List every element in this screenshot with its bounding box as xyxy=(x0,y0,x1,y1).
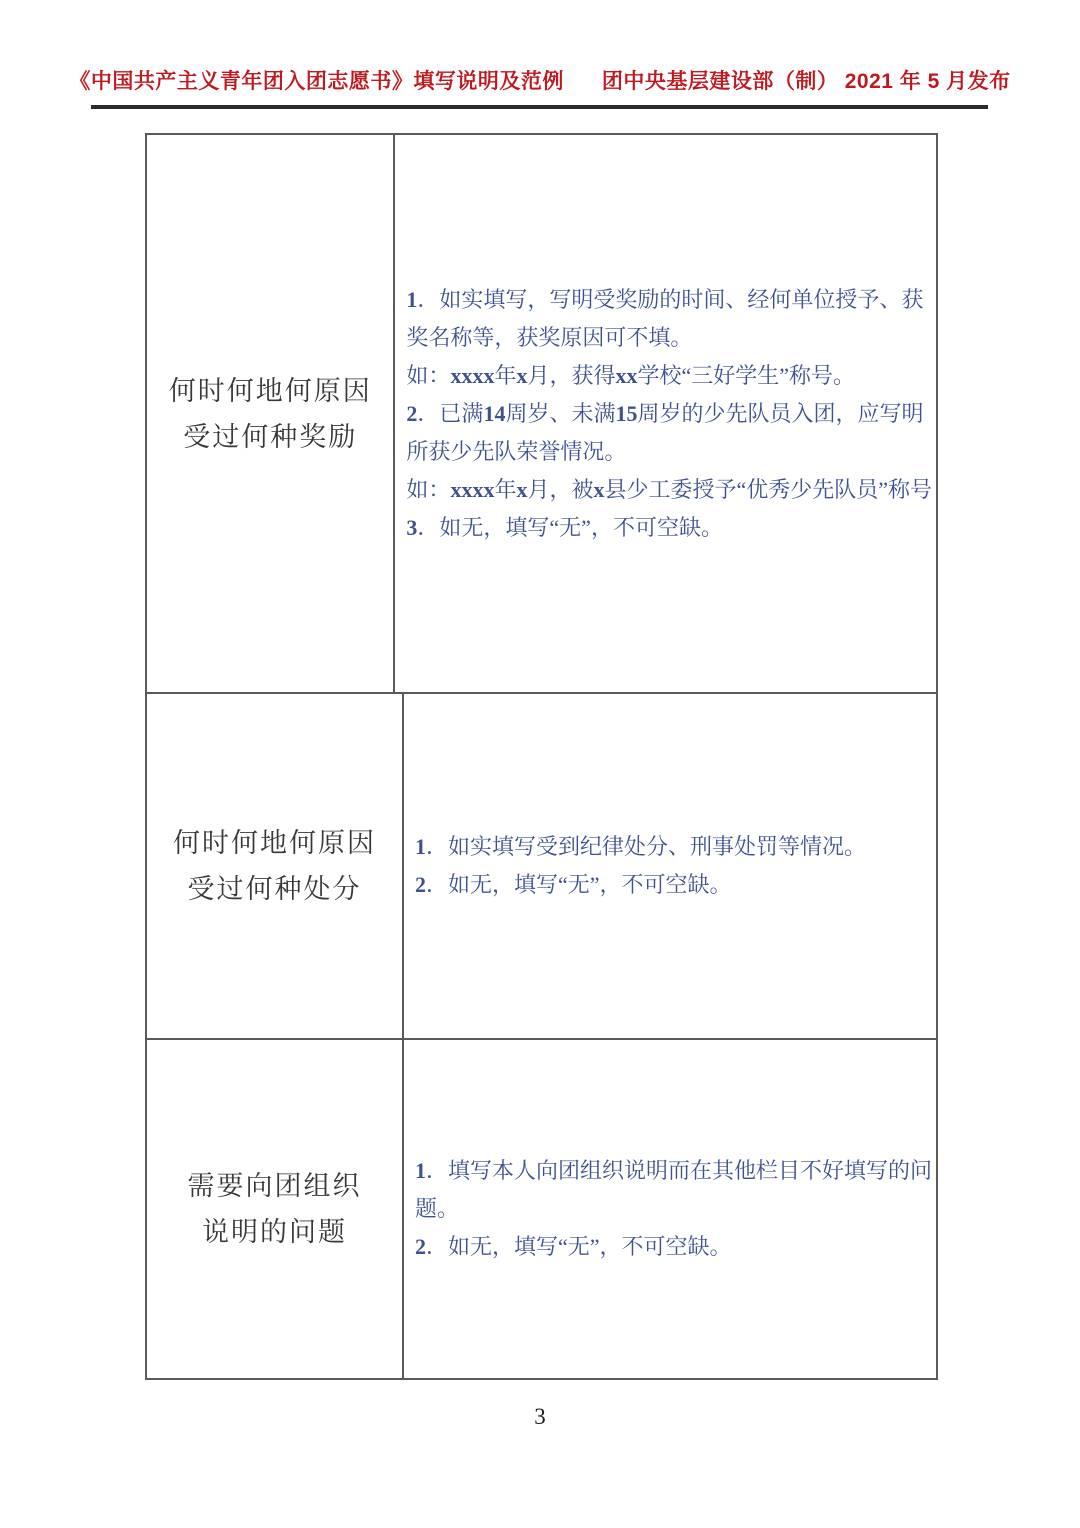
label-line: 何时何地何原因 xyxy=(173,820,376,866)
row-content: 1．如实填写，写明受奖励的时间、经何单位授予、获 奖名称等，获奖原因可不填。 如… xyxy=(395,135,936,692)
table-row: 需要向团组织 说明的问题 1．填写本人向团组织说明而在其他栏目不好填写的问 题。… xyxy=(147,1038,936,1378)
instruction-line: 2．如无，填写“无”，不可空缺。 xyxy=(415,1228,932,1266)
label-line: 说明的问题 xyxy=(202,1209,347,1255)
row-label: 何时何地何原因 受过何种奖励 xyxy=(147,135,395,692)
instruction-line: 如：xxxx年x月，被x县少工委授予“优秀少先队员”称号 xyxy=(406,471,932,509)
instruction-line: 题。 xyxy=(415,1190,932,1228)
label-line: 受过何种处分 xyxy=(188,866,362,912)
header-title: 《中国共产主义青年团入团志愿书》填写说明及范例 xyxy=(69,65,564,95)
instruction-line: 奖名称等，获奖原因可不填。 xyxy=(406,319,932,357)
instruction-line: 2．已满14周岁、未满15周岁的少先队员入团，应写明 xyxy=(406,395,932,433)
document-page: 《中国共产主义青年团入团志愿书》填写说明及范例 团中央基层建设部（制） 2021… xyxy=(0,0,1080,1528)
instruction-line: 1．如实填写受到纪律处分、刑事处罚等情况。 xyxy=(415,828,932,866)
header-publisher: 团中央基层建设部（制） 2021 年 5 月发布 xyxy=(602,65,1011,95)
instruction-line: 所获少先队荣誉情况。 xyxy=(406,433,932,471)
page-number: 3 xyxy=(0,1404,1080,1430)
instruction-line: 如：xxxx年x月，获得xx学校“三好学生”称号。 xyxy=(406,357,932,395)
document-header: 《中国共产主义青年团入团志愿书》填写说明及范例 团中央基层建设部（制） 2021… xyxy=(0,65,1080,95)
label-line: 受过何种奖励 xyxy=(183,414,357,460)
instruction-line: 1．填写本人向团组织说明而在其他栏目不好填写的问 xyxy=(415,1152,932,1190)
label-line: 需要向团组织 xyxy=(187,1163,361,1209)
instruction-line: 2．如无，填写“无”，不可空缺。 xyxy=(415,866,932,904)
instruction-line: 3．如无，填写“无”，不可空缺。 xyxy=(406,509,932,547)
table-row: 何时何地何原因 受过何种奖励 1．如实填写，写明受奖励的时间、经何单位授予、获 … xyxy=(147,135,936,692)
table-row: 何时何地何原因 受过何种处分 1．如实填写受到纪律处分、刑事处罚等情况。 2．如… xyxy=(147,692,936,1038)
row-label: 何时何地何原因 受过何种处分 xyxy=(147,694,404,1038)
row-label: 需要向团组织 说明的问题 xyxy=(147,1040,404,1378)
header-rule xyxy=(91,105,988,109)
instructions-table: 何时何地何原因 受过何种奖励 1．如实填写，写明受奖励的时间、经何单位授予、获 … xyxy=(145,133,938,1380)
instruction-line: 1．如实填写，写明受奖励的时间、经何单位授予、获 xyxy=(406,281,932,319)
label-line: 何时何地何原因 xyxy=(169,368,372,414)
row-content: 1．填写本人向团组织说明而在其他栏目不好填写的问 题。 2．如无，填写“无”，不… xyxy=(404,1040,936,1378)
row-content: 1．如实填写受到纪律处分、刑事处罚等情况。 2．如无，填写“无”，不可空缺。 xyxy=(404,694,936,1038)
